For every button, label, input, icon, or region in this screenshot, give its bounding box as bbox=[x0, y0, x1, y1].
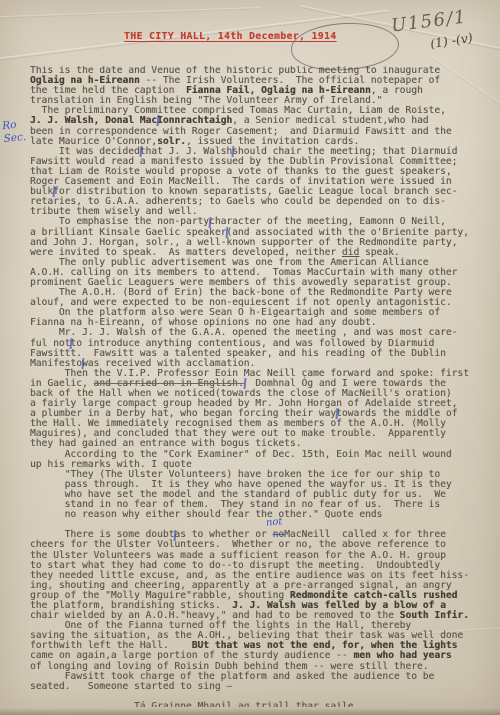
paper-crease bbox=[0, 7, 260, 19]
typed-line: no reason why either should fear the oth… bbox=[30, 510, 482, 520]
margin-note: Ro Sec. bbox=[2, 118, 27, 146]
typed-line: seated. Someone started to sing — bbox=[30, 682, 482, 692]
typed-line: Tá Grainne Mhaoil ag triall thar saile. bbox=[30, 702, 482, 707]
paper-bottom-edge bbox=[0, 708, 500, 715]
document-page: THE CITY HALL, 14th December, 1914 U156/… bbox=[0, 0, 500, 715]
typed-body: This is the date and Venue of the histor… bbox=[30, 66, 482, 707]
page-range-annotation: (1) -(v) bbox=[429, 30, 474, 51]
